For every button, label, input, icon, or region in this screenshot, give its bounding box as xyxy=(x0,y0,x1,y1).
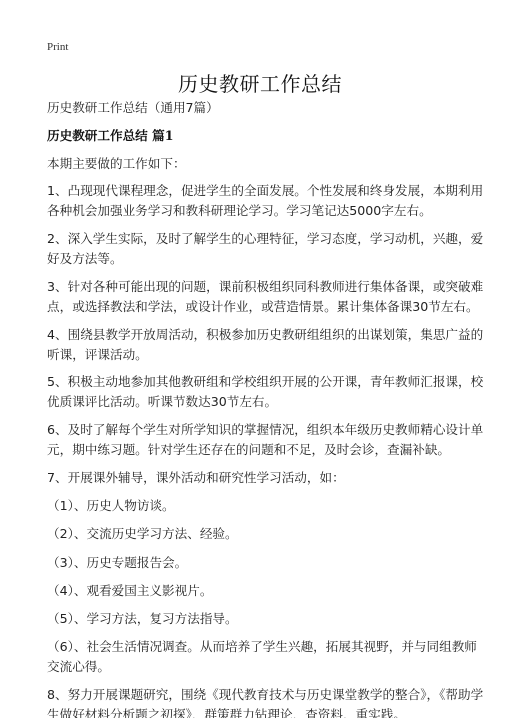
list-item-2: （2）、交流历史学习方法、经验。 xyxy=(47,524,487,544)
document-title: 历史教研工作总结 xyxy=(0,68,520,97)
document-page: Print 历史教研工作总结 历史教研工作总结（通用7篇） 历史教研工作总结 篇… xyxy=(0,0,520,718)
paragraph-3: 3、针对各种可能出现的问题，课前积极组织同科教师进行集体备课，或突破难点，或选择… xyxy=(47,277,487,317)
paragraph-1: 1、凸现现代课程理念，促进学生的全面发展。个性发展和终身发展，本期利用各种机会加… xyxy=(47,181,487,221)
paragraph-5: 5、积极主动地参加其他教研组和学校组织开展的公开课，青年教师汇报课，校优质课评比… xyxy=(47,372,487,412)
paragraph-7: 7、开展课外辅导，课外活动和研究性学习活动，如： xyxy=(47,468,487,488)
document-subtitle: 历史教研工作总结（通用7篇） xyxy=(47,98,487,118)
section-heading: 历史教研工作总结 篇1 xyxy=(47,126,487,146)
print-label: Print xyxy=(47,41,68,53)
paragraph-2: 2、深入学生实际，及时了解学生的心理特征，学习态度，学习动机，兴趣，爱好及方法等… xyxy=(47,229,487,269)
paragraph-8: 8、努力开展课题研究，围绕《现代教育技术与历史课堂教学的整合》，《帮助学生做好材… xyxy=(47,685,487,718)
intro-paragraph: 本期主要做的工作如下： xyxy=(47,154,487,174)
list-item-5: （5）、学习方法，复习方法指导。 xyxy=(47,609,487,629)
list-item-3: （3）、历史专题报告会。 xyxy=(47,553,487,573)
list-item-4: （4）、观看爱国主义影视片。 xyxy=(47,581,487,601)
paragraph-6: 6、及时了解每个学生对所学知识的掌握情况，组织本年级历史教师精心设计单元，期中练… xyxy=(47,420,487,460)
paragraph-4: 4、围绕县教学开放周活动，积极参加历史教研组组织的出谋划策，集思广益的听课，评课… xyxy=(47,325,487,365)
list-item-6: （6）、社会生活情况调查。从而培养了学生兴趣，拓展其视野，并与同组教师交流心得。 xyxy=(47,637,487,677)
list-item-1: （1）、历史人物访谈。 xyxy=(47,496,487,516)
